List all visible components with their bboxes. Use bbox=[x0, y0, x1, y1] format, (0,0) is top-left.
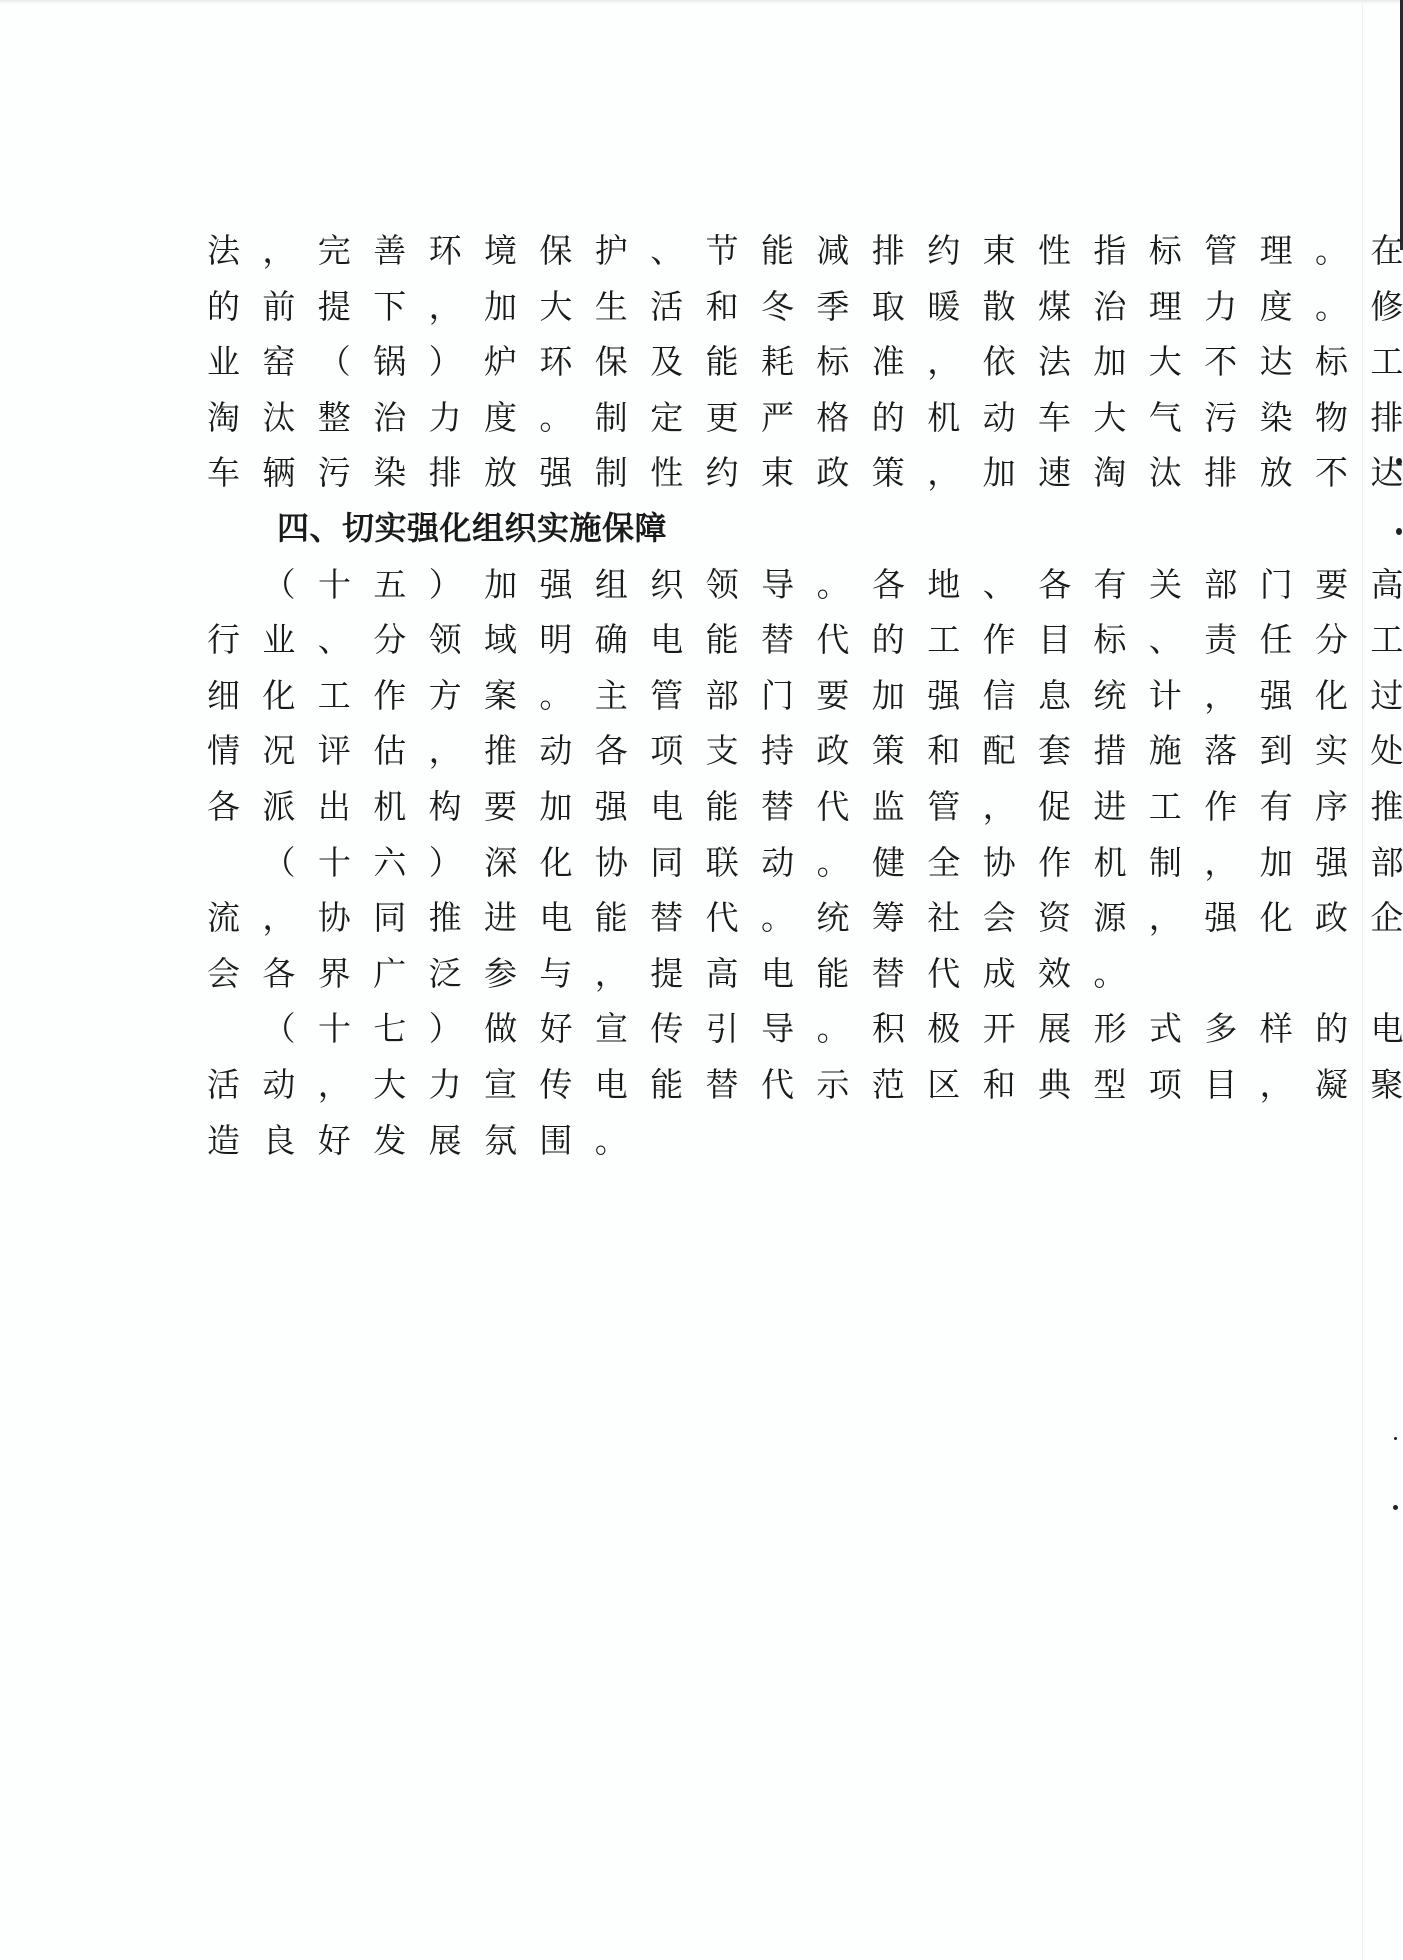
heading-text: 四、切实强化组织实施保障 bbox=[207, 501, 1217, 557]
text-line: 细化工作方案。主管部门要加强信息统计，强化过程监督和实施 bbox=[207, 668, 1217, 724]
text-line: 各派出机构要加强电能替代监管，促进工作有序推进。 bbox=[207, 779, 1217, 835]
scan-edge-top bbox=[0, 0, 1403, 4]
text-line: 淘汰整治力度。制定更严格的机动车大气污染物排放标准，出台 bbox=[207, 390, 1217, 446]
text-line: 车辆污染排放强制性约束政策，加速淘汰排放不达标的车辆。 bbox=[207, 445, 1217, 501]
document-page: 法，完善环境保护、节能减排约束性指标管理。在保障能源供应 的前提下，加大生活和冬… bbox=[207, 223, 1217, 1168]
text-line: 情况评估，推动各项支持政策和配套措施落到实处。国家能源局 bbox=[207, 723, 1217, 779]
text-line: （十五）加强组织领导。各地、各有关部门要高度重视，分 bbox=[207, 557, 1217, 613]
paragraph-item-17: （十七）做好宣传引导。积极开展形式多样的电能替代宣传 活动，大力宣传电能替代示范… bbox=[207, 1001, 1217, 1168]
text-line: 的前提下，加大生活和冬季取暖散煤治理力度。修订完善各类工 bbox=[207, 279, 1217, 335]
text-line: 活动，大力宣传电能替代示范区和典型项目，凝聚社会共识，营 bbox=[207, 1057, 1217, 1113]
text-line: 流，协同推进电能替代。统筹社会资源，强化政企合作，引导社 bbox=[207, 890, 1217, 946]
scan-speck bbox=[1396, 528, 1402, 535]
text-line: 会各界广泛参与，提高电能替代成效。 bbox=[207, 946, 1217, 1002]
text-line: 业窑（锅）炉环保及能耗标准，依法加大不达标工业窑（锅）炉 bbox=[207, 334, 1217, 390]
section-heading: 四、切实强化组织实施保障 bbox=[207, 501, 1217, 557]
paragraph-continuation: 法，完善环境保护、节能减排约束性指标管理。在保障能源供应 的前提下，加大生活和冬… bbox=[207, 223, 1217, 501]
text-line: 行业、分领域明确电能替代的工作目标、责任分工和重点任务， bbox=[207, 612, 1217, 668]
paragraph-item-15: （十五）加强组织领导。各地、各有关部门要高度重视，分 行业、分领域明确电能替代的… bbox=[207, 557, 1217, 835]
text-line: （十六）深化协同联动。健全协作机制，加强部门沟通交 bbox=[207, 835, 1217, 891]
text-line: 造良好发展氛围。 bbox=[207, 1113, 1217, 1169]
paragraph-item-16: （十六）深化协同联动。健全协作机制，加强部门沟通交 流，协同推进电能替代。统筹社… bbox=[207, 835, 1217, 1002]
text-line: （十七）做好宣传引导。积极开展形式多样的电能替代宣传 bbox=[207, 1001, 1217, 1057]
scan-speck bbox=[1393, 1505, 1398, 1510]
text-line: 法，完善环境保护、节能减排约束性指标管理。在保障能源供应 bbox=[207, 223, 1217, 279]
scan-speck bbox=[1394, 1437, 1397, 1440]
